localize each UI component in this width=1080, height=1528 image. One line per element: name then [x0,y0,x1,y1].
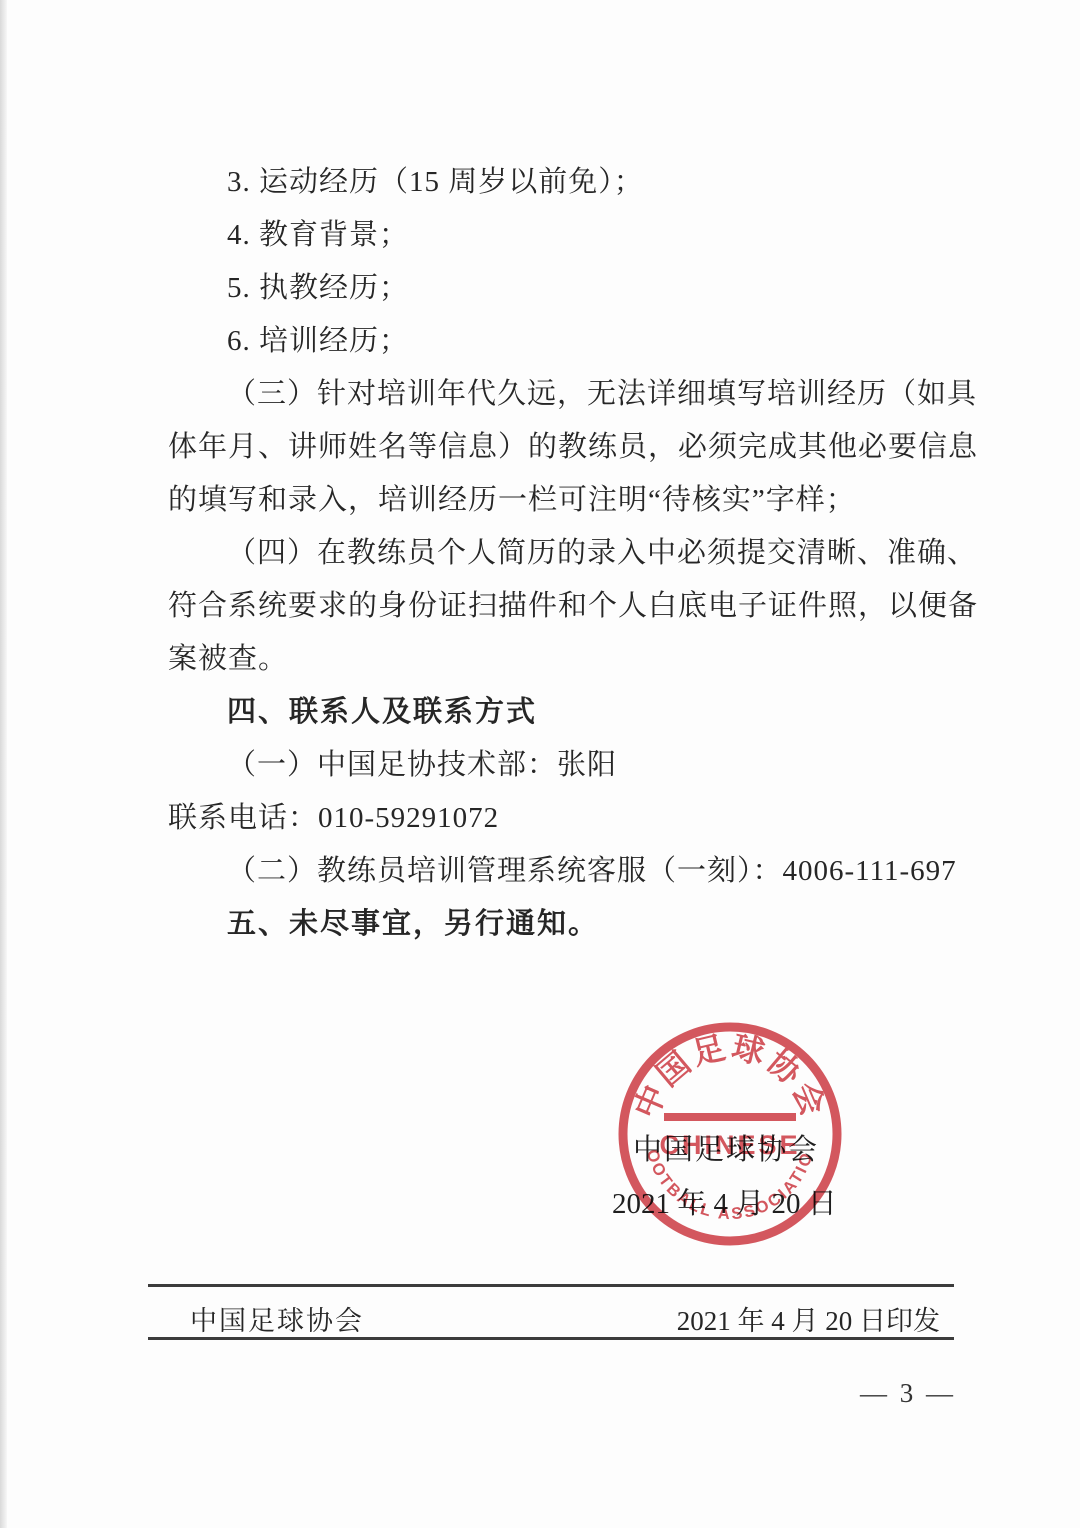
contact-phone-line: 联系电话：010-59291072 [168,792,978,845]
paragraph-four-line: 案被查。 [168,633,978,686]
paragraph-three-line: （三）针对培训年代久远，无法详细填写培训经历（如具 [168,368,978,421]
list-item: 4. 教育背景； [168,209,978,262]
contact-service-line: （二）教练员培训管理系统客服（一刻）：4006-111-697 [168,845,978,898]
paragraph-four-line: 符合系统要求的身份证扫描件和个人白底电子证件照，以便备 [168,580,978,633]
page-number: — 3 — [860,1378,956,1409]
list-item: 5. 执教经历； [168,262,978,315]
official-seal-stamp: 中国足球协会 CHINESE FOOTBALL ASSOCIATION [610,1014,850,1254]
document-body: 3. 运动经历（15 周岁以前免）； 4. 教育背景； 5. 执教经历； 6. … [168,156,978,951]
seal-center-bar [664,1113,796,1121]
seal-band-text: CHINESE [659,1130,800,1160]
scan-edge-shadow [0,0,7,1528]
list-item: 3. 运动经历（15 周岁以前免）； [168,156,978,209]
paragraph-three-line: 体年月、讲师姓名等信息）的教练员，必须完成其他必要信息 [168,421,978,474]
section-five-heading: 五、未尽事宜，另行通知。 [168,898,978,951]
section-four-heading: 四、联系人及联系方式 [168,686,978,739]
paragraph-four-line: （四）在教练员个人简历的录入中必须提交清晰、准确、 [168,527,978,580]
paragraph-three-line: 的填写和录入，培训经历一栏可注明“待核实”字样； [168,474,978,527]
scanned-document-page: 3. 运动经历（15 周岁以前免）； 4. 教育背景； 5. 执教经历； 6. … [0,0,1080,1528]
footer-rule-top [148,1284,954,1287]
footer-print-date: 2021 年 4 月 20 日印发 [677,1299,940,1338]
list-item: 6. 培训经历； [168,315,978,368]
contact-person-line: （一）中国足协技术部：张阳 [168,739,978,792]
seal-top-text: 中国足球协会 [627,1029,832,1124]
footer-rule-bottom [148,1337,954,1340]
svg-text:中国足球协会: 中国足球协会 [627,1029,832,1124]
footer-issuer: 中国足球协会 [190,1299,364,1338]
